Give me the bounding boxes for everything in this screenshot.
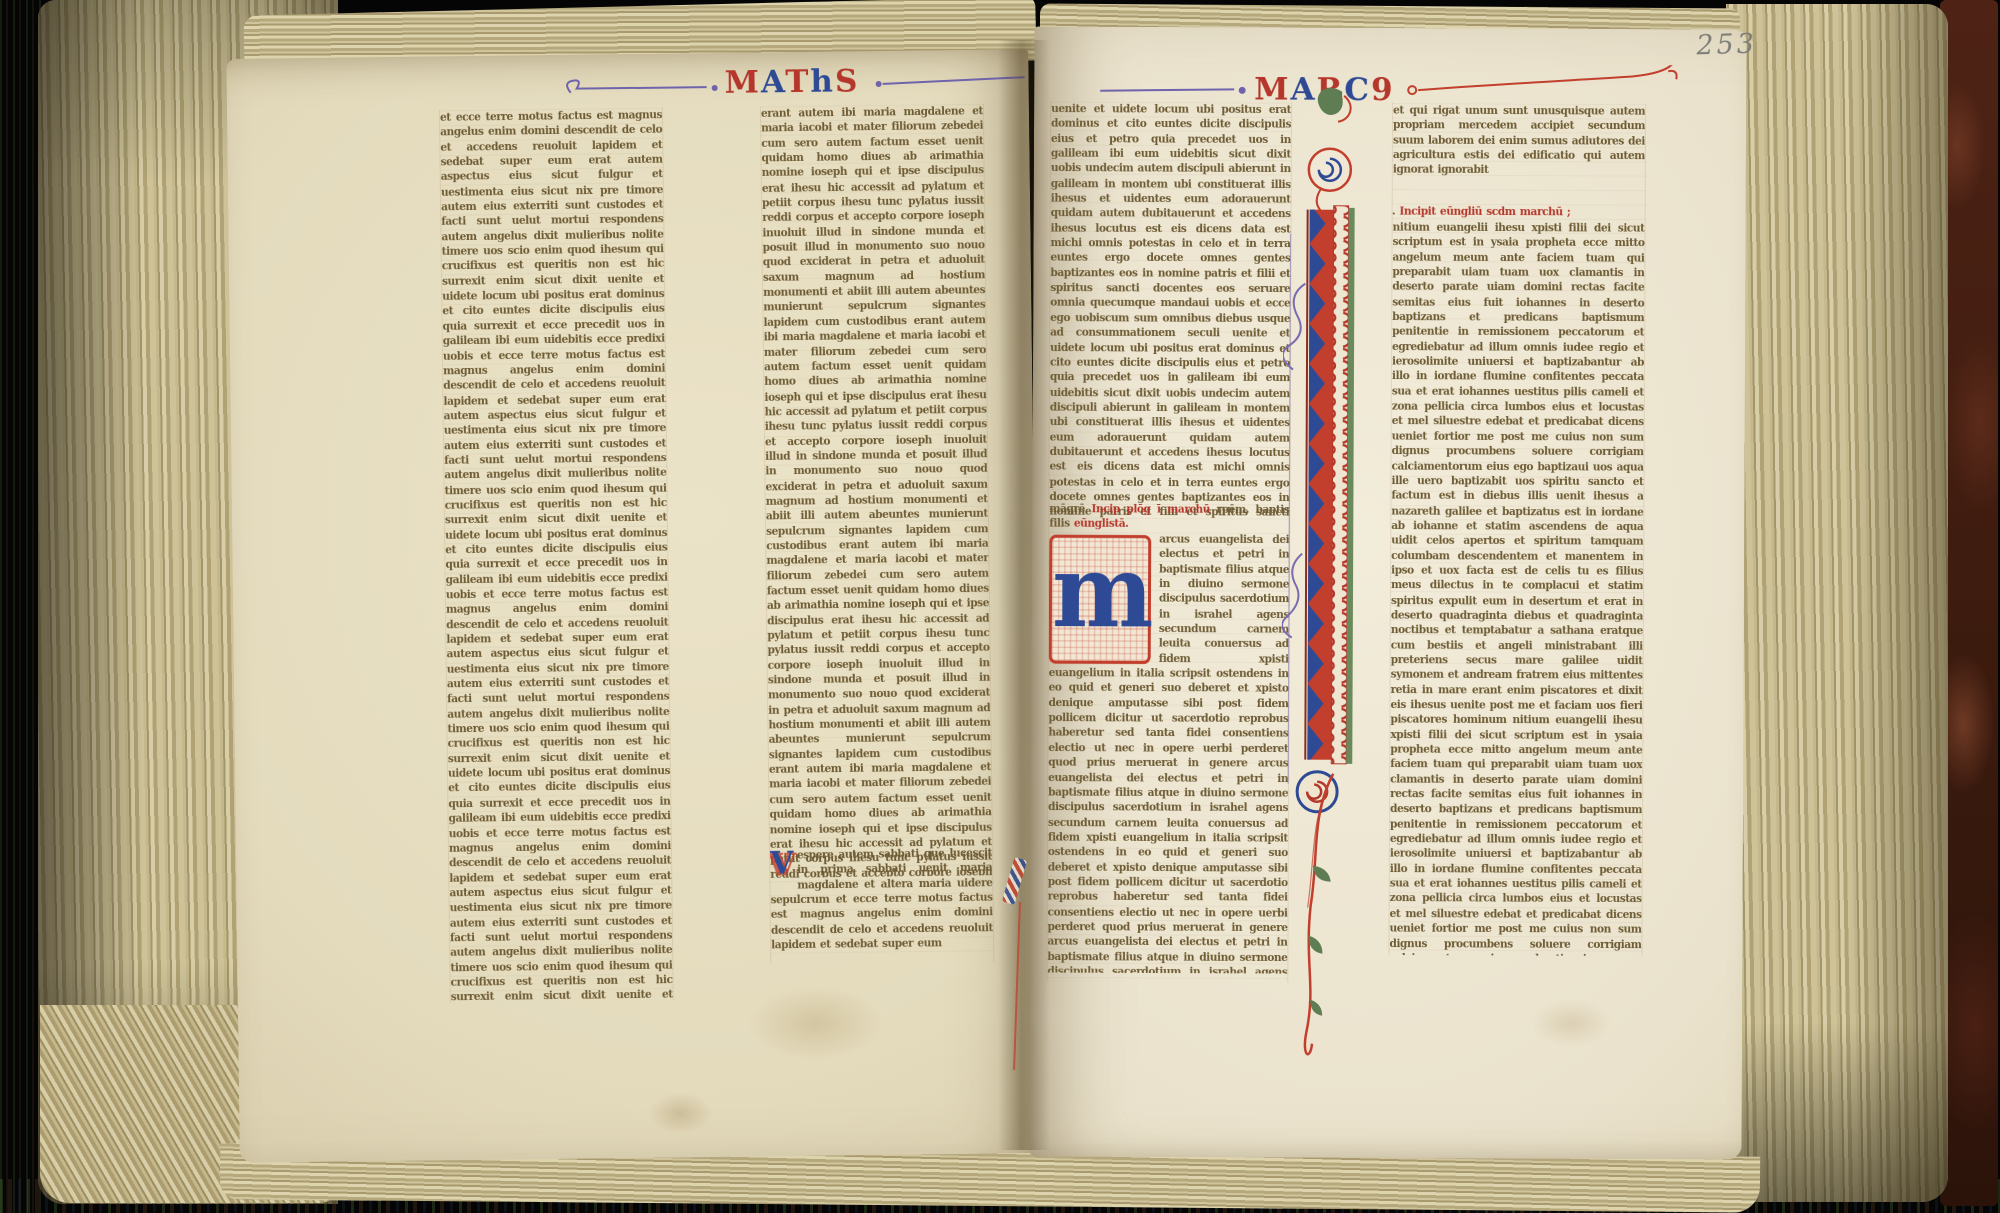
- header-letter: 9: [1371, 72, 1395, 108]
- rubric-mark-incipit: Incipit eūngliū scdm marchū ;: [1399, 205, 1570, 218]
- header-letter: h: [810, 64, 835, 100]
- right-page-edge-stack: [1726, 4, 1948, 1202]
- rubric-prologue-line1: Incip plōg ī marchū: [1091, 503, 1210, 516]
- header-letter: T: [785, 64, 811, 100]
- header-letter: C: [1344, 72, 1371, 108]
- header-letter: A: [761, 64, 786, 100]
- right-column-2: et qui rigat unum sunt unusquisque autem…: [1388, 103, 1646, 956]
- header-letter: R: [1317, 72, 1345, 108]
- mark-incipit-rubric-line: us est. Incipit eūngliū scdm marchū ;: [1388, 204, 1644, 222]
- rubric-prefix-1: māgrē: [1049, 503, 1091, 516]
- edge-shading: [1726, 4, 1948, 1202]
- left-column-2: erant autem ibi maria magdalene et maria…: [760, 104, 994, 965]
- folio-number: 253: [1696, 29, 1757, 62]
- right-page: MARC9 uenite et uidete locum ubi positus…: [1030, 26, 1747, 1159]
- running-title-matthew: MAThS: [724, 63, 859, 101]
- right-column-2-text-pre: et qui rigat unum sunt unusquisque autem…: [1393, 103, 1645, 209]
- right-column-1-text-b: marcus euangelista dei electus et petri …: [1047, 532, 1289, 974]
- left-column-2-text-b: Vespere autem sabbati que lucescit in pr…: [770, 846, 993, 965]
- left-column-2-text-a: erant autem ibi maria magdalene et maria…: [761, 104, 992, 878]
- right-column-2-text-post: nitium euangelii ihesu xpisti filii dei …: [1389, 220, 1644, 956]
- rubric-prefix: us est.: [1388, 205, 1399, 218]
- prologue-rubric: māgrē Incip plōg ī marchū rpēm. baptis f…: [1049, 502, 1289, 534]
- scan-noise-left: [0, 0, 42, 1213]
- header-letter: A: [1290, 72, 1316, 108]
- right-column-1: uenite et uidete locum ubi positus erat …: [1046, 102, 1292, 983]
- header-letter: M: [724, 64, 761, 100]
- illuminated-initial-i-bar: [1280, 84, 1379, 1079]
- initial-m-marcus: m: [1049, 535, 1152, 664]
- gutter-shadow: [998, 40, 1050, 1150]
- left-page: MAThS et ecce terre motus factus est mag…: [226, 49, 1041, 1163]
- left-column-1: et ecce terre motus factus est magnus an…: [439, 108, 674, 1003]
- right-column-1-text-a: uenite et uidete locum ubi positus erat …: [1049, 102, 1291, 519]
- vespere-text: espere autem sabbati que lucescit in pri…: [771, 847, 994, 952]
- initial-m-letter: m: [1052, 533, 1154, 651]
- header-letter: S: [835, 63, 860, 99]
- manuscript-photo: MAThS et ecce terre motus factus est mag…: [0, 0, 2000, 1213]
- rubric-prologue-line2: eūnglistā.: [1074, 518, 1129, 531]
- initial-v-vespere: V: [770, 849, 793, 878]
- leather-cover-edge: [1940, 0, 1998, 1206]
